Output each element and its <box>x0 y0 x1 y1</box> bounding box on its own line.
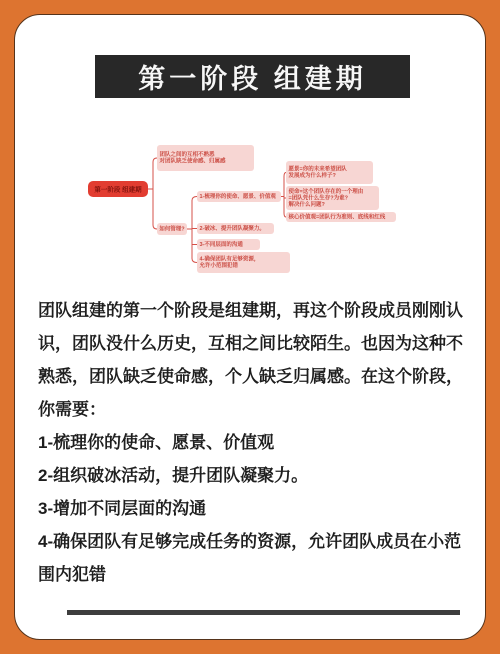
mindmap-node-how-to-manage-label: 如何管理? <box>157 223 187 235</box>
poster-frame: 第一阶段 组建期 第一阶段 组建期 团队之间的互相不熟悉 对团队缺乏使命感、归属… <box>0 0 500 654</box>
list-item-1: 1-梳理你的使命、愿景、价值观 <box>38 426 466 459</box>
mindmap-node-mission: 使命=这个团队存在的一个理由 =团队凭什么生存?为谁? 解决什么问题? <box>286 186 379 210</box>
mindmap-node-unfamiliar: 团队之间的互相不熟悉 对团队缺乏使命感、归属感 <box>157 145 254 171</box>
bottom-divider <box>67 610 460 615</box>
mindmap-root-node: 第一阶段 组建期 <box>88 181 148 197</box>
mindmap-node-vision-label: 愿景=你的未来希望团队 发展成为什么样子? <box>286 161 373 184</box>
mindmap-node-item-2: 2-破冰、提升团队凝聚力。 <box>197 223 274 234</box>
mindmap-node-values-label: 核心价值观=团队行为准则、底线和红线 <box>286 212 396 222</box>
mindmap-node-item-4-label: 4-确保团队有足够资源， 允许小范围犯错 <box>197 252 290 273</box>
mindmap-node-vision: 愿景=你的未来希望团队 发展成为什么样子? <box>286 161 373 184</box>
mindmap-node-item-4: 4-确保团队有足够资源， 允许小范围犯错 <box>197 252 290 273</box>
mindmap-node-item-3-label: 3-不同层面的沟通 <box>197 239 260 250</box>
list-item-3: 3-增加不同层面的沟通 <box>38 492 466 525</box>
mindmap-node-values: 核心价值观=团队行为准则、底线和红线 <box>286 212 396 222</box>
list-item-2: 2-组织破冰活动，提升团队凝聚力。 <box>38 459 466 492</box>
mindmap-node-item-1-label: 1-梳理你的使命、愿景、价值观 <box>197 191 281 202</box>
mindmap-node-item-3: 3-不同层面的沟通 <box>197 239 260 250</box>
mindmap-node-item-1: 1-梳理你的使命、愿景、价值观 <box>197 191 281 202</box>
mindmap-node-how-to-manage: 如何管理? <box>157 223 187 235</box>
mindmap-diagram: 第一阶段 组建期 团队之间的互相不熟悉 对团队缺乏使命感、归属感 如何管理? 1… <box>0 0 500 300</box>
body-text-block: 团队组建的第一个阶段是组建期，再这个阶段成员刚刚认识，团队没什么历史，互相之间比… <box>38 294 466 591</box>
mindmap-root-label: 第一阶段 组建期 <box>88 181 148 197</box>
list-item-4: 4-确保团队有足够完成任务的资源，允许团队成员在小范围内犯错 <box>38 525 466 591</box>
intro-paragraph: 团队组建的第一个阶段是组建期，再这个阶段成员刚刚认识，团队没什么历史，互相之间比… <box>38 294 466 426</box>
mindmap-node-mission-label: 使命=这个团队存在的一个理由 =团队凭什么生存?为谁? 解决什么问题? <box>286 186 379 210</box>
mindmap-node-item-2-label: 2-破冰、提升团队凝聚力。 <box>197 223 274 234</box>
mindmap-node-unfamiliar-label: 团队之间的互相不熟悉 对团队缺乏使命感、归属感 <box>157 145 254 171</box>
